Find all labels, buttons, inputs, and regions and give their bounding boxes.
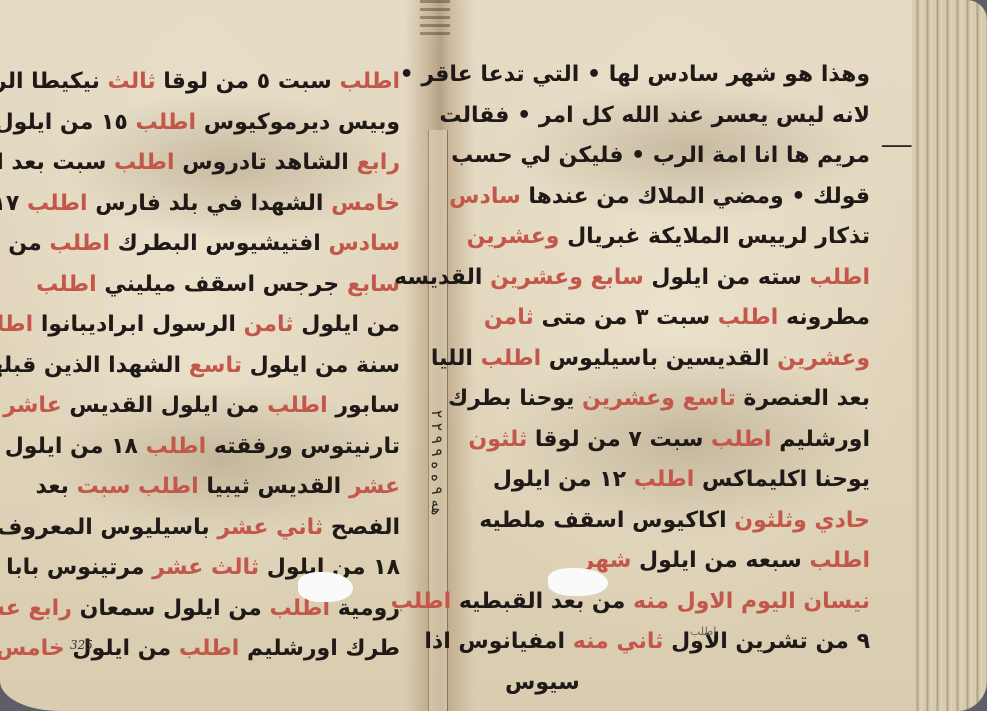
text-line: حادي وثلثون اكاكيوس اسقف ملطيه xyxy=(505,501,870,542)
text-line: مريم ها انا امة الرب • فليكن لي حسب xyxy=(505,136,870,177)
text-line: سابع جرجس اسقف ميليني اطلب xyxy=(40,265,400,306)
text-line: وبيس ديرموكيوس اطلب ١٥ من ايلول xyxy=(40,103,400,144)
text-line: الفصح ثاني عشر باسيليوس المعروف اطلب xyxy=(40,508,400,549)
text-line: رابع الشاهد تادروس اطلب سبت بعد الصم xyxy=(40,143,400,184)
text-line: سنة من ايلول تاسع الشهدا الذين قبلهم xyxy=(40,346,400,387)
text-line: ٩ من تشرين الاول ثاني منه امفيانوس اذا xyxy=(505,622,870,663)
text-line: قولك • ومضي الملاك من عندها سادس xyxy=(505,177,870,218)
text-line: خامس الشهدا في بلد فارس اطلب ١٧ من ايلول xyxy=(40,184,400,225)
text-line: اورشليم اطلب سبت ٧ من لوقا ثلثون xyxy=(505,420,870,461)
gutter-letters: هه ٩ ه ه ٩ ٩ ٢ ٢ xyxy=(430,410,446,515)
text-line: سابور اطلب من ايلول القديس عاشر xyxy=(40,386,400,427)
text-line: لانه ليس يعسر عند الله كل امر • فقالت xyxy=(505,96,870,137)
manuscript-spread: هه ٩ ه ه ٩ ٩ ٢ ٢ اطلب سبت ٥ من لوقا ثالث… xyxy=(0,0,987,711)
margin-mark: ـــــ xyxy=(882,128,911,152)
text-line: مطرونه اطلب سبت ٣ من متى ثامن xyxy=(505,298,870,339)
fore-edge xyxy=(912,0,987,711)
text-line: يوحنا اكليماكس اطلب ١٢ من ايلول xyxy=(505,460,870,501)
text-line: وهذا هو شهر سادس لها • التي تدعا عاقر • xyxy=(505,55,870,96)
text-line: بعد العنصرة تاسع وعشرين يوحنا بطرك xyxy=(505,379,870,420)
text-line: طرك اورشليم اطلب من ايلول خامس عشر xyxy=(40,629,400,670)
text-line: اطلب سبت ٥ من لوقا ثالث نيكيطا الراهب xyxy=(40,62,400,103)
text-line: سادس افتيشيوس البطرك اطلب من ايلول xyxy=(40,224,400,265)
right-text-block: وهذا هو شهر سادس لها • التي تدعا عاقر • … xyxy=(505,55,870,703)
text-line: من ايلول ثامن الرسول ابراديبانوا اطلب xyxy=(40,305,400,346)
text-line: وعشرين القديسين باسيليوس اطلب الليا xyxy=(505,339,870,380)
text-line: اطلب سته من ايلول سابع وعشرين القديسه xyxy=(505,258,870,299)
paper-hole xyxy=(298,572,353,602)
top-scribble xyxy=(420,0,450,35)
paper-hole xyxy=(548,568,608,596)
folio-number: 325 xyxy=(70,638,93,652)
text-line: تارنيتوس ورفقته اطلب ١٨ من ايلول حادي xyxy=(40,427,400,468)
text-line: عشر القديس ثيبيا اطلب سبت بعد xyxy=(40,467,400,508)
text-line: سيوس xyxy=(505,663,870,704)
text-line: تذكار لرييس الملايكة غبريال وعشرين xyxy=(505,217,870,258)
catchword: اطلب xyxy=(690,625,716,638)
